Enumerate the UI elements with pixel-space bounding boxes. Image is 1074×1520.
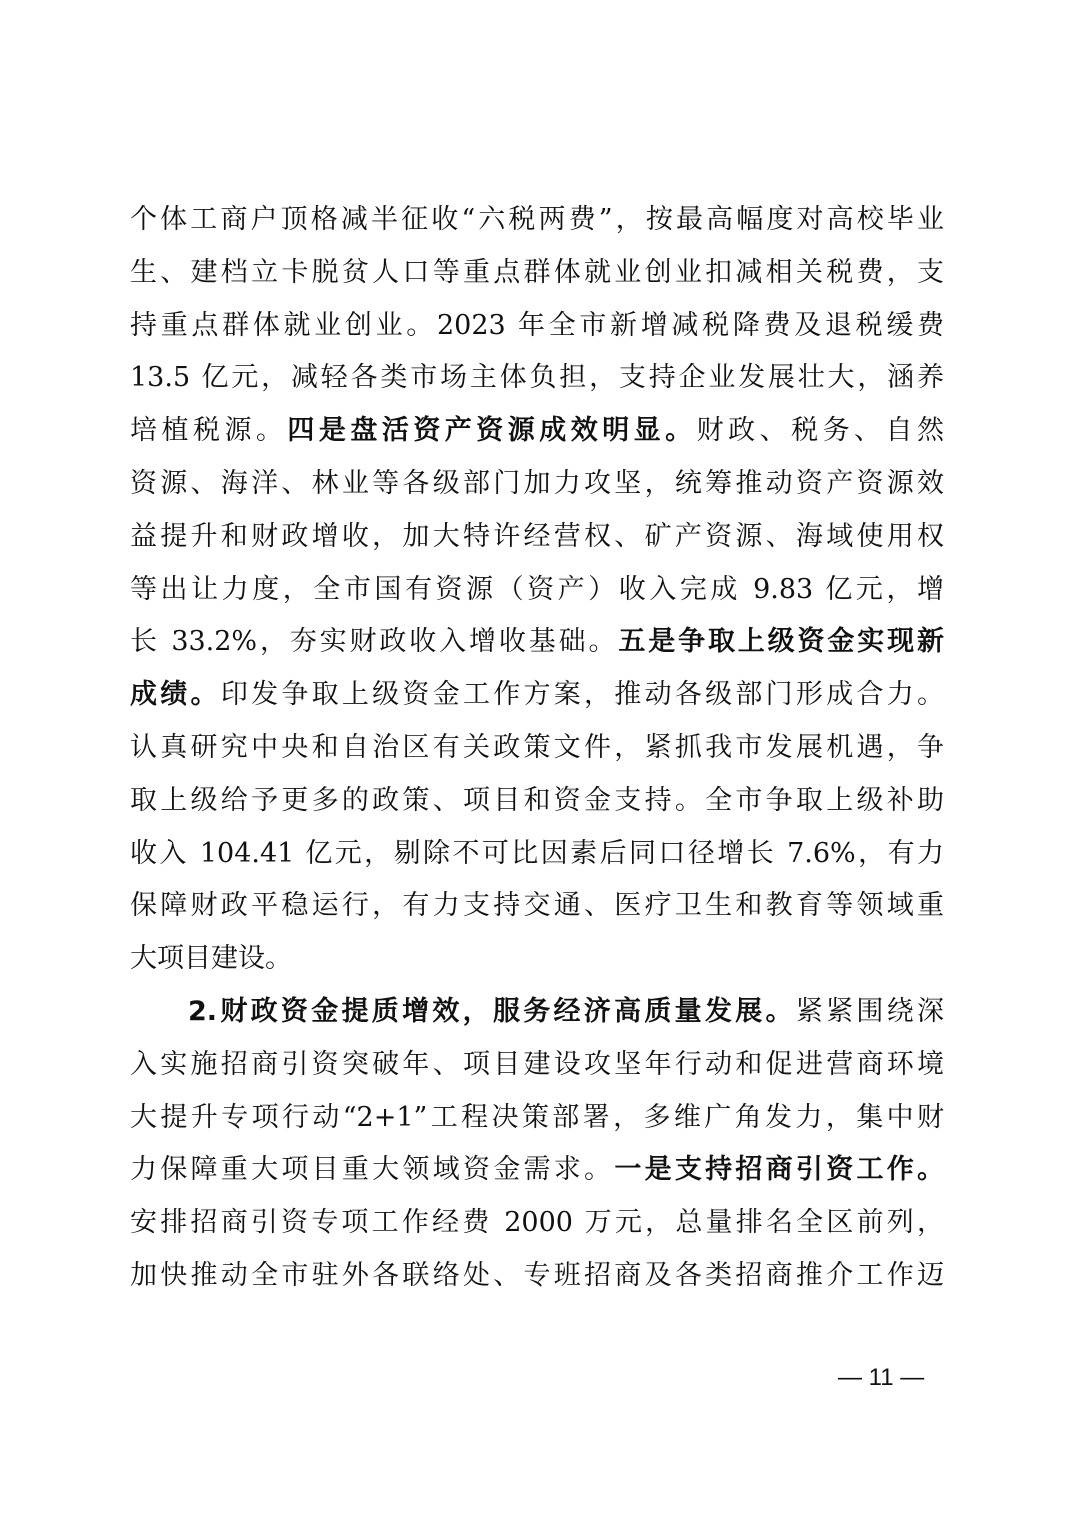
text-run: 13.5 亿元，减轻各类市场主体负担，支持企业发展壮大，涵养	[130, 362, 944, 393]
text-run: 大项目建设。	[130, 943, 292, 974]
text-line: 认真研究中央和自治区有关政策文件，紧抓我市发展机遇，争	[130, 722, 944, 775]
text-run: 资源、海洋、林业等各级部门加力攻坚，统筹推动资产资源效	[130, 468, 944, 499]
text-run: 取上级给予更多的政策、项目和资金支持。全市争取上级补助	[130, 785, 944, 816]
text-line: 等出让力度，全市国有资源（资产）收入完成 9.83 亿元，增	[130, 564, 944, 617]
text-run: 益提升和财政增收，加大特许经营权、矿产资源、海域使用权	[130, 521, 944, 552]
text-line: 13.5 亿元，减轻各类市场主体负担，支持企业发展壮大，涵养	[130, 352, 944, 405]
text-line: 长 33.2%，夯实财政收入增收基础。五是争取上级资金实现新	[130, 616, 944, 669]
text-run: 加快推动全市驻外各联络处、专班招商及各类招商推介工作迈	[130, 1260, 944, 1291]
text-run: 收入 104.41 亿元，剔除不可比因素后同口径增长 7.6%，有力	[130, 838, 944, 869]
text-line: 资源、海洋、林业等各级部门加力攻坚，统筹推动资产资源效	[130, 458, 944, 511]
text-line: 保障财政平稳运行，有力支持交通、医疗卫生和教育等领域重	[130, 880, 944, 933]
text-line: 大提升专项行动“2+1”工程决策部署，多维广角发力，集中财	[130, 1092, 944, 1145]
text-line: 培植税源。四是盘活资产资源成效明显。财政、税务、自然	[130, 405, 944, 458]
text-line: 安排招商引资专项工作经费 2000 万元，总量排名全区前列，	[130, 1197, 944, 1250]
text-run: 印发争取上级资金工作方案，推动各级部门形成合力。	[221, 679, 944, 710]
bold-heading-run: 2.财政资金提质增效，服务经济高质量发展。	[188, 996, 796, 1027]
text-run: 培植税源。	[130, 415, 287, 446]
text-line: 大项目建设。	[130, 933, 944, 986]
text-line: 加快推动全市驻外各联络处、专班招商及各类招商推介工作迈	[130, 1250, 944, 1303]
text-line: 个体工商户顶格减半征收“六税两费”，按最高幅度对高校毕业	[130, 194, 944, 247]
text-run: 长 33.2%，夯实财政收入增收基础。	[130, 626, 618, 657]
text-line: 力保障重大项目重大领域资金需求。一是支持招商引资工作。	[130, 1144, 944, 1197]
text-run: 保障财政平稳运行，有力支持交通、医疗卫生和教育等领域重	[130, 890, 944, 921]
text-run: 生、建档立卡脱贫人口等重点群体就业创业扣减相关税费，支	[130, 257, 944, 288]
text-run: 入实施招商引资突破年、项目建设攻坚年行动和促进营商环境	[130, 1049, 944, 1080]
text-run: 个体工商户顶格减半征收“六税两费”，按最高幅度对高校毕业	[130, 204, 944, 235]
text-line: 益提升和财政增收，加大特许经营权、矿产资源、海域使用权	[130, 511, 944, 564]
text-run: 持重点群体就业创业。2023 年全市新增减税降费及退税缓费	[130, 310, 944, 341]
text-run: 认真研究中央和自治区有关政策文件，紧抓我市发展机遇，争	[130, 732, 944, 763]
body-text: 个体工商户顶格减半征收“六税两费”，按最高幅度对高校毕业生、建档立卡脱贫人口等重…	[130, 194, 944, 1303]
text-line: 入实施招商引资突破年、项目建设攻坚年行动和促进营商环境	[130, 1039, 944, 1092]
page-number: — 11 —	[838, 1364, 924, 1392]
text-run: 安排招商引资专项工作经费 2000 万元，总量排名全区前列，	[130, 1207, 944, 1238]
text-line: 2.财政资金提质增效，服务经济高质量发展。紧紧围绕深	[130, 986, 944, 1039]
text-run: 财政、税务、自然	[697, 415, 944, 446]
text-run: 力保障重大项目重大领域资金需求。	[130, 1154, 614, 1185]
text-line: 生、建档立卡脱贫人口等重点群体就业创业扣减相关税费，支	[130, 247, 944, 300]
bold-heading-run: 一是支持招商引资工作。	[614, 1154, 944, 1185]
text-line: 取上级给予更多的政策、项目和资金支持。全市争取上级补助	[130, 775, 944, 828]
text-run: 大提升专项行动“2+1”工程决策部署，多维广角发力，集中财	[130, 1102, 944, 1133]
text-run: 等出让力度，全市国有资源（资产）收入完成 9.83 亿元，增	[130, 574, 944, 605]
bold-heading-run: 五是争取上级资金实现新	[618, 626, 944, 657]
text-run: 紧紧围绕深	[796, 996, 944, 1027]
text-line: 收入 104.41 亿元，剔除不可比因素后同口径增长 7.6%，有力	[130, 828, 944, 881]
bold-heading-run: 四是盘活资产资源成效明显。	[287, 415, 696, 446]
text-line: 持重点群体就业创业。2023 年全市新增减税降费及退税缓费	[130, 300, 944, 353]
bold-heading-run: 成绩。	[130, 679, 221, 710]
text-line: 成绩。印发争取上级资金工作方案，推动各级部门形成合力。	[130, 669, 944, 722]
document-page: 个体工商户顶格减半征收“六税两费”，按最高幅度对高校毕业生、建档立卡脱贫人口等重…	[0, 0, 1074, 1520]
